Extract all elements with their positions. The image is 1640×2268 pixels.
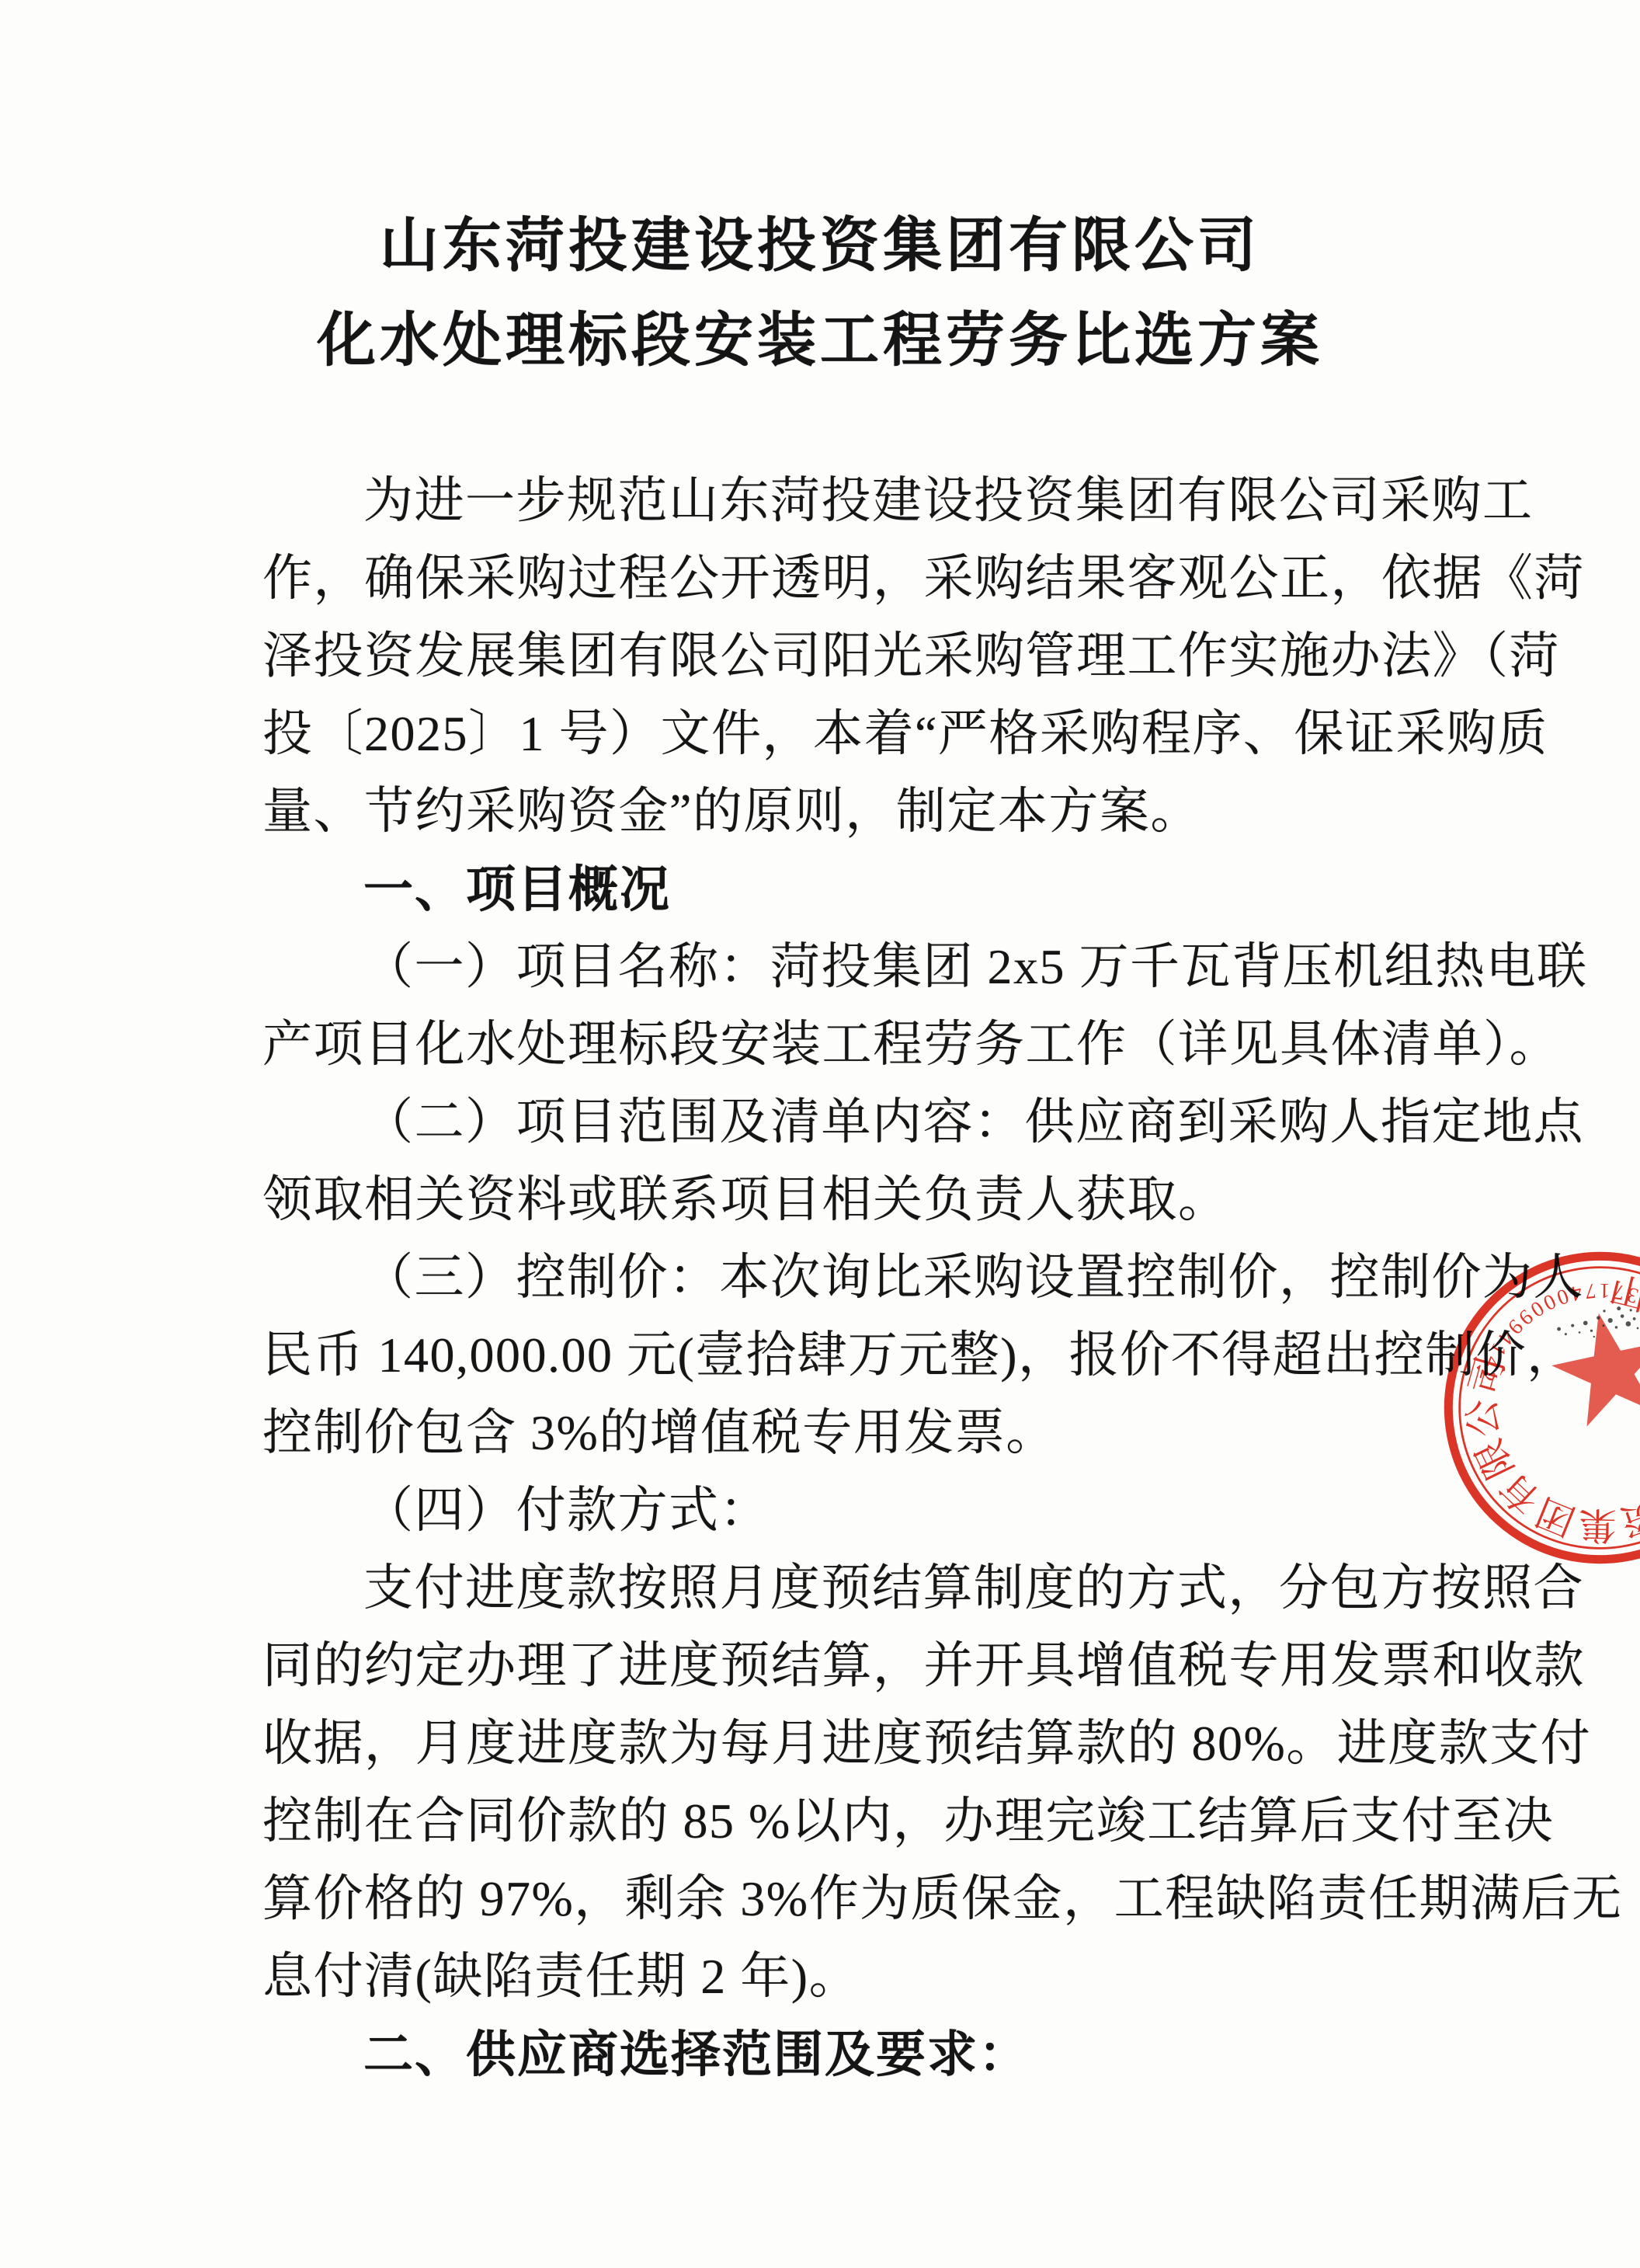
- body-line: （三）控制价：本次询比采购设置控制价，控制价为人: [262, 1239, 1587, 1317]
- body-line: 领取相关资料或联系项目相关负责人获取。: [262, 1161, 1587, 1239]
- body-line: （二）项目范围及清单内容：供应商到采购人指定地点: [262, 1084, 1587, 1161]
- body-line: （四）付款方式：: [262, 1472, 1587, 1550]
- body-line: 投〔2025〕1 号）文件，本着“严格采购程序、保证采购质: [262, 695, 1587, 773]
- body-line: 作，确保采购过程公开透明，采购结果客观公正，依据《菏: [262, 540, 1587, 617]
- body-line: 产项目化水处理标段安装工程劳务工作（详见具体清单）。: [262, 1006, 1587, 1084]
- body-line: 算价格的 97%，剩余 3%作为质保金，工程缺陷责任期满后无: [262, 1860, 1587, 1938]
- document-body: 为进一步规范山东菏投建设投资集团有限公司采购工作，确保采购过程公开透明，采购结果…: [262, 462, 1587, 2093]
- document-page: 山东菏投建设投资集团有限公司 化水处理标段安装工程劳务比选方案 为进一步规范山东…: [0, 0, 1640, 2268]
- body-line: （一）项目名称：菏投集团 2x5 万千瓦背压机组热电联: [262, 928, 1587, 1006]
- document-title: 山东菏投建设投资集团有限公司 化水处理标段安装工程劳务比选方案: [0, 199, 1640, 388]
- title-line-2: 化水处理标段安装工程劳务比选方案: [0, 294, 1640, 388]
- body-line: 支付进度款按照月度预结算制度的方式，分包方按照合: [262, 1550, 1587, 1627]
- body-line: 息付清(缺陷责任期 2 年)。: [262, 1938, 1587, 2016]
- section-heading: 二、供应商选择范围及要求：: [262, 2016, 1587, 2093]
- body-line: 同的约定办理了进度预结算，并开具增值税专用发票和收款: [262, 1627, 1587, 1705]
- body-line: 泽投资发展集团有限公司阳光采购管理工作实施办法》（菏: [262, 617, 1587, 695]
- section-heading: 一、项目概况: [262, 850, 1587, 928]
- title-line-1: 山东菏投建设投资集团有限公司: [0, 199, 1640, 294]
- body-line: 收据，月度进度款为每月进度预结算款的 80%。进度款支付: [262, 1705, 1587, 1783]
- body-line: 控制在合同价款的 85 %以内，办理完竣工结算后支付至决: [262, 1783, 1587, 1860]
- body-line: 为进一步规范山东菏投建设投资集团有限公司采购工: [262, 462, 1587, 540]
- seal-star-icon: [1543, 1301, 1640, 1431]
- body-line: 民币 140,000.00 元(壹拾肆万元整)，报价不得超出控制价，: [262, 1317, 1587, 1394]
- official-seal: 山东菏投建设投资集团有限公司 37174000994142: [1429, 1237, 1640, 1579]
- body-line: 控制价包含 3%的增值税专用发票。: [262, 1394, 1587, 1472]
- body-line: 量、节约采购资金”的原则，制定本方案。: [262, 773, 1587, 850]
